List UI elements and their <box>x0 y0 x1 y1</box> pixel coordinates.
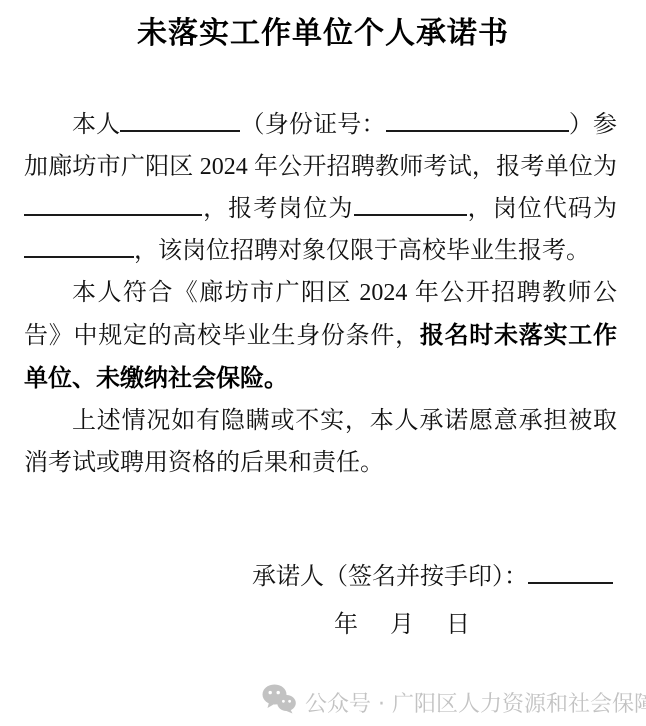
text-run: ，该岗位招聘对象仅限于高校毕业生报考。 <box>134 238 590 264</box>
paragraph-liability: 上述情况如有隐瞒或不实，本人承诺愿意承担被取消考试或聘用资格的后果和责任。 <box>24 400 617 484</box>
text-run: ，报考岗位为 <box>202 196 354 222</box>
document-title: 未落实工作单位个人承诺书 <box>0 16 646 52</box>
apply-unit-blank-line <box>24 190 202 216</box>
date-day-label: 日 <box>446 612 470 638</box>
date-year-label: 年 <box>334 612 358 638</box>
date-row: 年月日 <box>24 604 617 646</box>
signature-blank-line <box>528 558 613 584</box>
text-run: 本人 <box>72 112 120 138</box>
text-run: （身份证号： <box>240 112 385 138</box>
date-month-label: 月 <box>390 612 414 638</box>
signature-label: 承诺人（签名并按手印）： <box>252 564 528 590</box>
post-code-blank-line <box>24 232 134 258</box>
document-page: 未落实工作单位个人承诺书 本人（身份证号：）参加廊坊市广阳区 2024 年公开招… <box>0 0 646 726</box>
id-number-blank-line <box>386 106 569 132</box>
paragraph-applicant-info: 本人（身份证号：）参加廊坊市广阳区 2024 年公开招聘教师考试，报考单位为，报… <box>24 104 617 272</box>
name-blank-line <box>120 106 240 132</box>
watermark-text: 公众号 · 广阳区人力资源和社会保障局 <box>305 687 646 718</box>
text-run: ，岗位代码为 <box>467 196 617 222</box>
apply-post-blank-line <box>354 190 467 216</box>
watermark-footer: 公众号 · 广阳区人力资源和社会保障局 <box>0 684 646 720</box>
document-body: 本人（身份证号：）参加廊坊市广阳区 2024 年公开招聘教师考试，报考单位为，报… <box>0 104 646 646</box>
wechat-icon <box>262 684 296 720</box>
signature-row: 承诺人（签名并按手印）： <box>24 556 617 598</box>
paragraph-eligibility: 本人符合《廊坊市广阳区 2024 年公开招聘教师公告》中规定的高校毕业生身份条件… <box>24 272 617 400</box>
text-run: 上述情况如有隐瞒或不实，本人承诺愿意承担被取消考试或聘用资格的后果和责任。 <box>24 408 617 476</box>
